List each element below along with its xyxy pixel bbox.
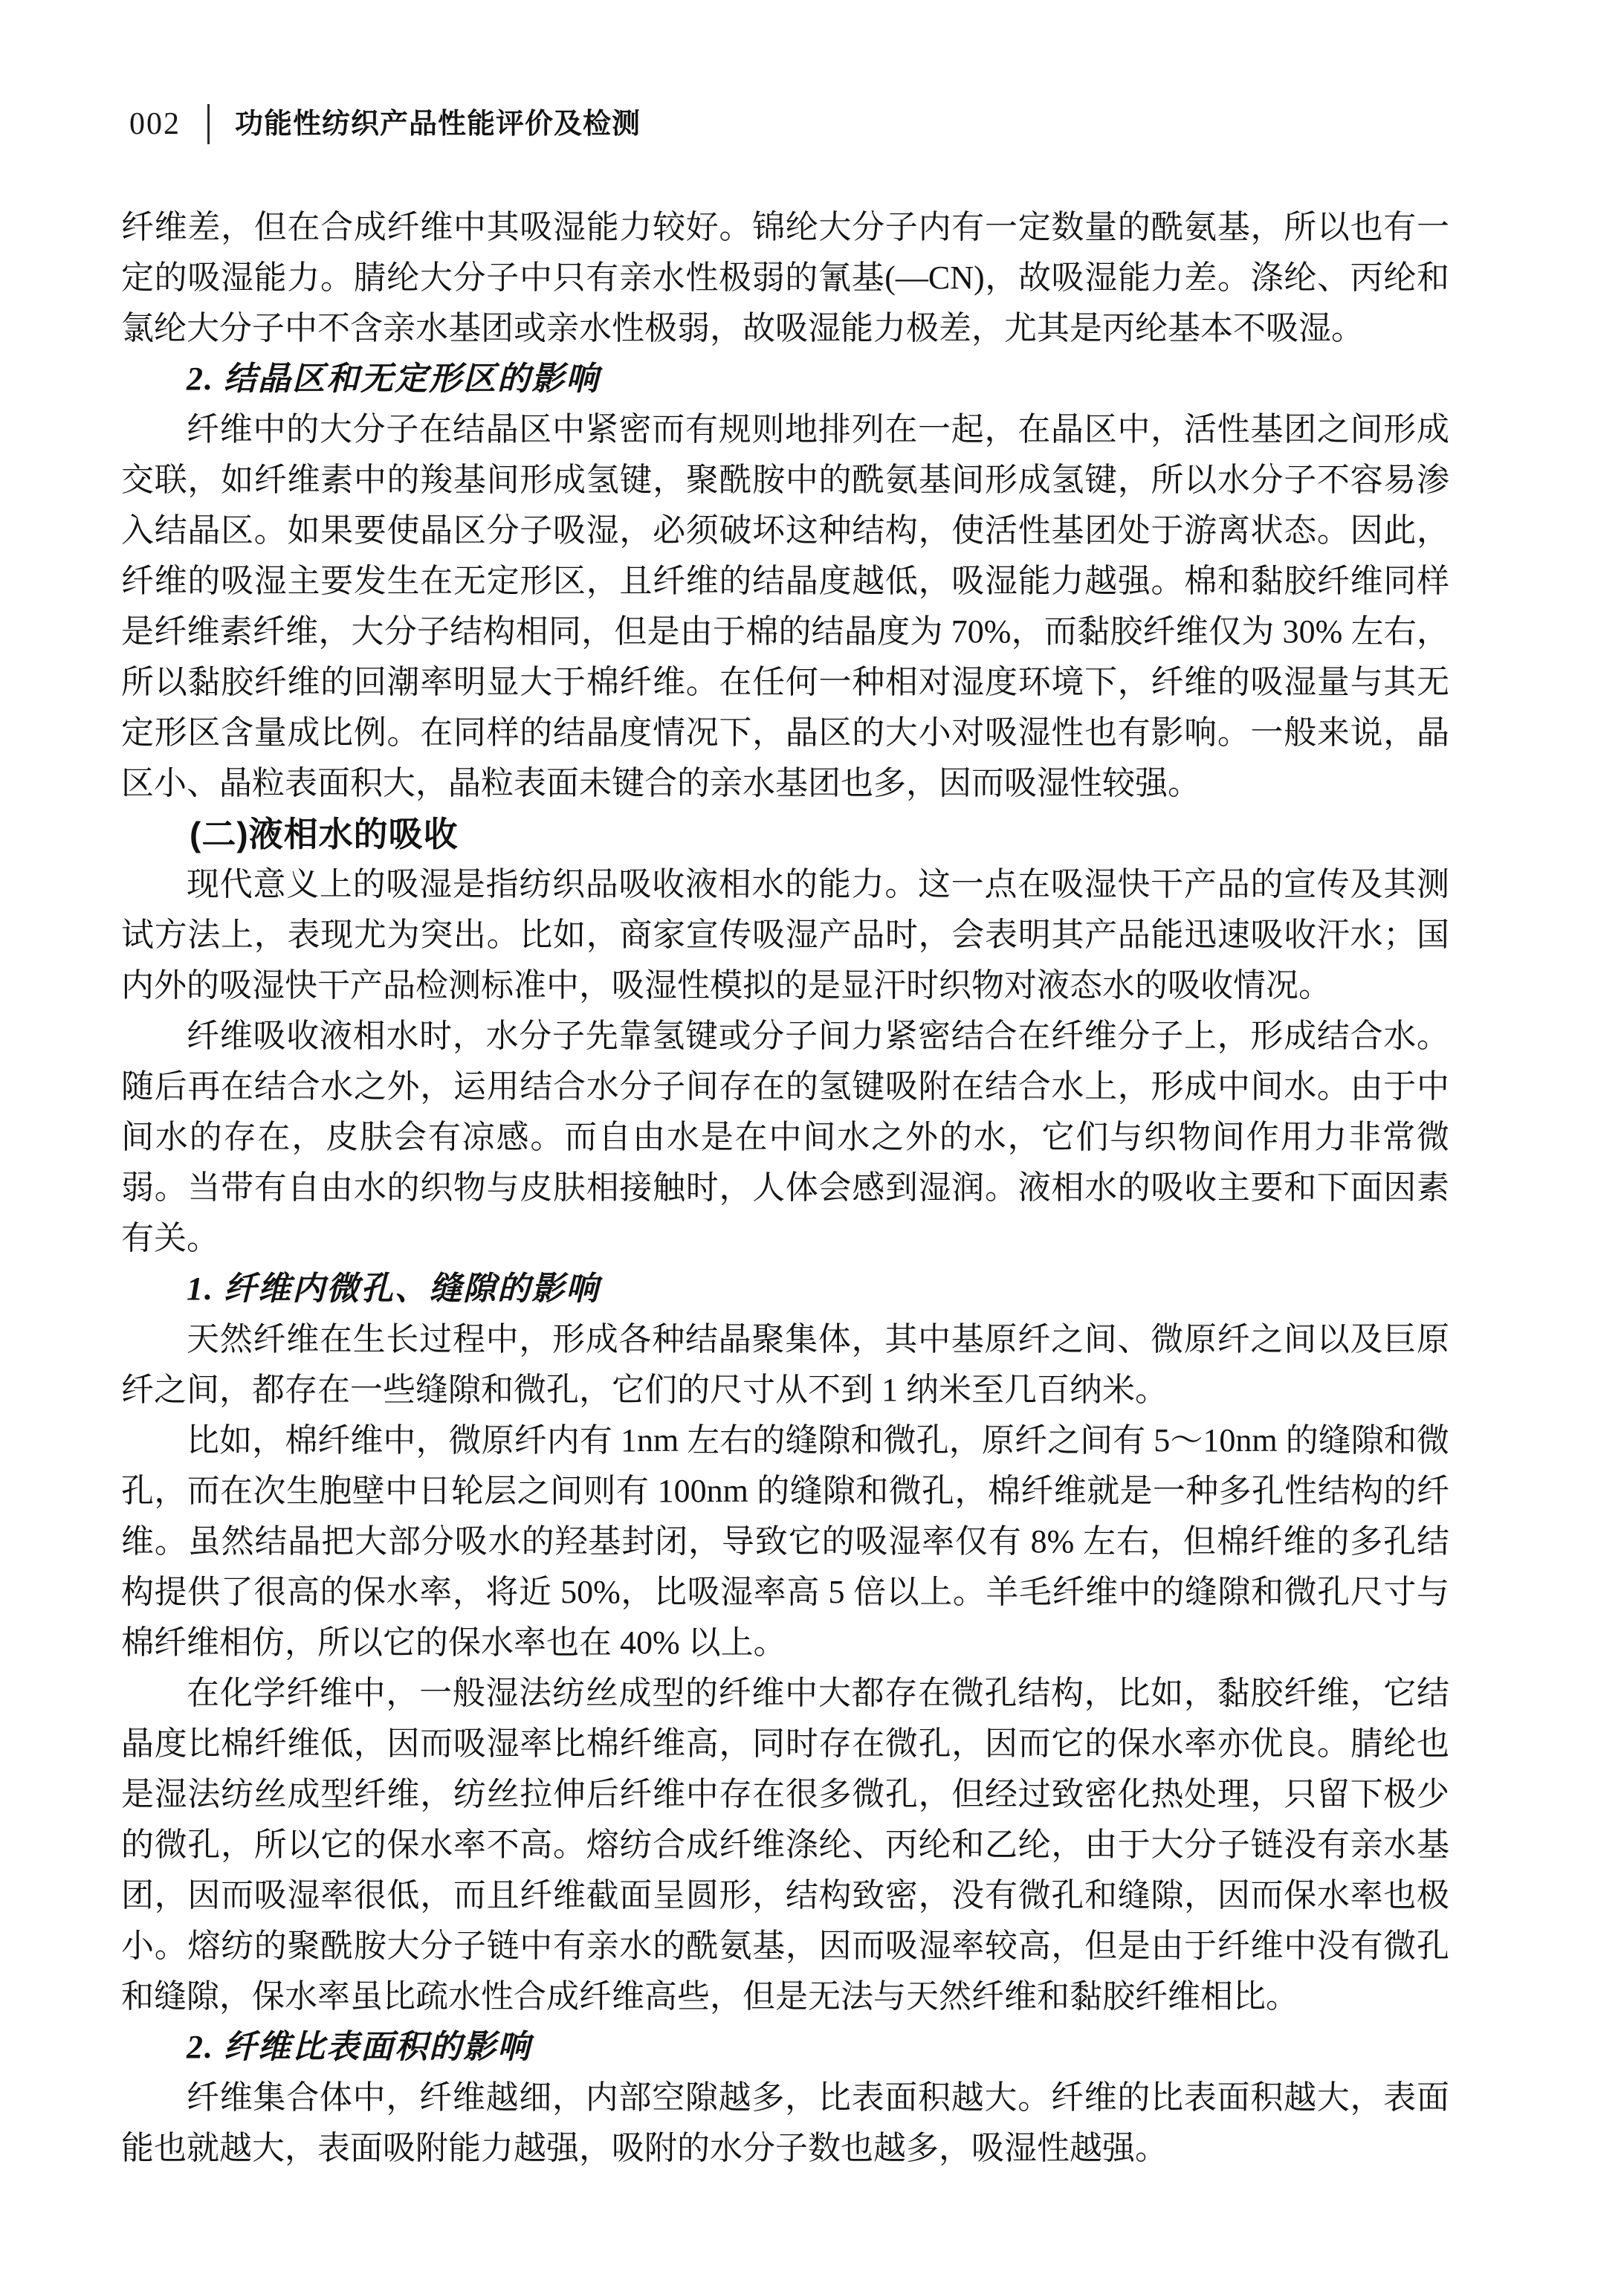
paragraph-modern-hygroscopicity: 现代意义上的吸湿是指纺织品吸收液相水的能力。这一点在吸湿快干产品的宣传及其测试方… xyxy=(121,859,1449,1011)
heading-specific-surface-area: 2. 纤维比表面积的影响 xyxy=(121,2022,1449,2073)
paragraph-bound-water: 纤维吸收液相水时，水分子先靠氢键或分子间力紧密结合在纤维分子上，形成结合水。随后… xyxy=(121,1011,1449,1264)
paragraph-fiber-assembly: 纤维集合体中，纤维越细，内部空隙越多，比表面积越大。纤维的比表面积越大，表面能也… xyxy=(121,2073,1449,2174)
paragraph-chemical-fibers: 在化学纤维中，一般湿法纺丝成型的纤维中大都存在微孔结构，比如，黏胶纤维，它结晶度… xyxy=(121,1668,1449,2022)
book-page: 002 功能性纺织产品性能评价及检测 纤维差，但在合成纤维中其吸湿能力较好。锦纶… xyxy=(0,0,1624,2283)
running-title: 功能性纺织产品性能评价及检测 xyxy=(235,110,641,138)
page-number: 002 xyxy=(129,109,181,140)
heading-micropores-crevices: 1. 纤维内微孔、缝隙的影响 xyxy=(121,1264,1449,1314)
paragraph-fiber-hygro-continued: 纤维差，但在合成纤维中其吸湿能力较好。锦纶大分子内有一定数量的酰氨基，所以也有一… xyxy=(121,202,1449,354)
paragraph-cotton-micropores: 比如，棉纤维中，微原纤内有 1nm 左右的缝隙和微孔，原纤之间有 5～10nm … xyxy=(121,1415,1449,1668)
header-divider xyxy=(207,104,210,144)
paragraph-crystalline-amorphous: 纤维中的大分子在结晶区中紧密而有规则地排列在一起，在晶区中，活性基团之间形成交联… xyxy=(121,404,1449,809)
heading-crystalline-amorphous: 2. 结晶区和无定形区的影响 xyxy=(121,354,1449,404)
paragraph-natural-fiber-growth: 天然纤维在生长过程中，形成各种结晶聚集体，其中基原纤之间、微原纤之间以及巨原纤之… xyxy=(121,1314,1449,1415)
body-text: 纤维差，但在合成纤维中其吸湿能力较好。锦纶大分子内有一定数量的酰氨基，所以也有一… xyxy=(121,202,1449,2174)
heading-liquid-water-absorption: (二)液相水的吸收 xyxy=(121,809,1449,859)
running-header: 002 功能性纺织产品性能评价及检测 xyxy=(129,103,641,146)
